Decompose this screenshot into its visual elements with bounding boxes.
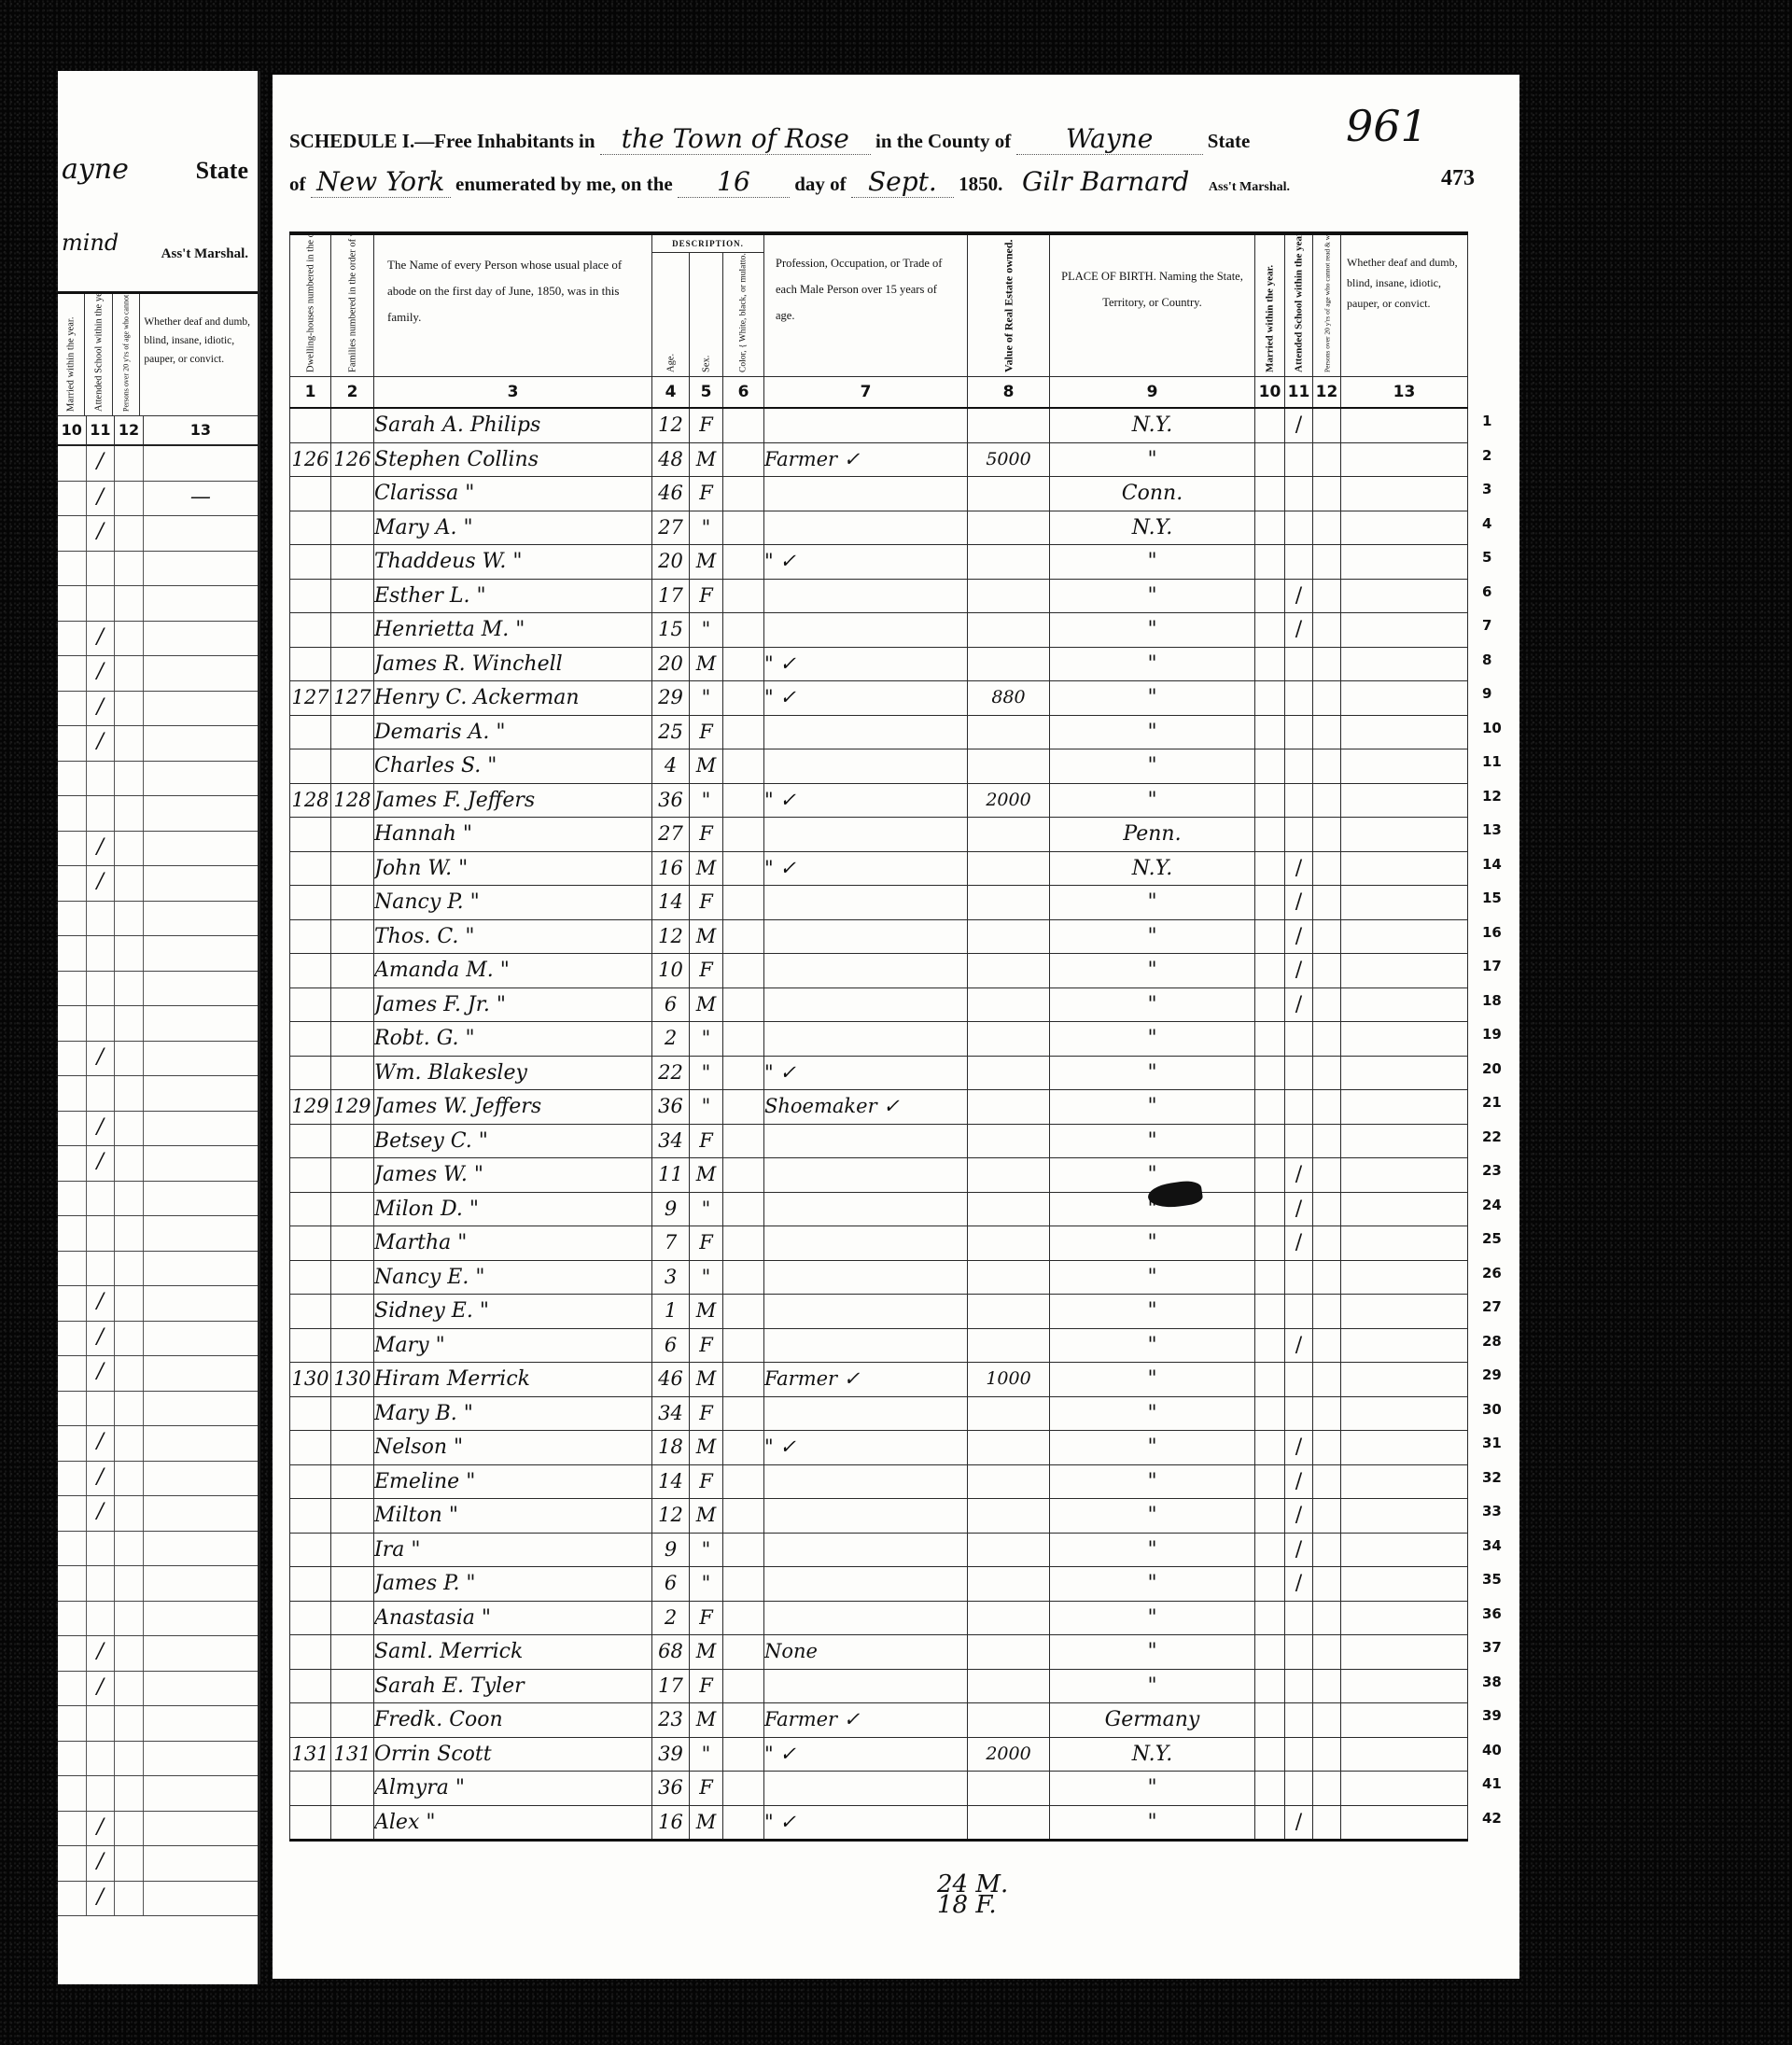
- birthplace: ": [1050, 1669, 1255, 1703]
- person-name: Saml. Merrick: [374, 1635, 652, 1670]
- person-name: Mary B. ": [374, 1396, 652, 1431]
- birthplace: ": [1050, 1295, 1255, 1329]
- person-name: Nelson ": [374, 1431, 652, 1465]
- school-mark: /: [1285, 1499, 1313, 1534]
- sex: F: [690, 1464, 723, 1499]
- left-cell: /: [87, 1496, 116, 1531]
- birthplace: ": [1050, 1022, 1255, 1057]
- dwelling-number: [290, 987, 331, 1022]
- school-mark: /: [1285, 1431, 1313, 1465]
- table-row: Nancy E. "3"": [290, 1260, 1468, 1295]
- left-cell: /: [87, 692, 116, 726]
- birthplace: ": [1050, 1567, 1255, 1602]
- dwelling-number: [290, 647, 331, 681]
- left-cell: /: [87, 1462, 116, 1496]
- occupation: [764, 1192, 968, 1226]
- person-name: Robt. G. ": [374, 1022, 652, 1057]
- sex: F: [690, 886, 723, 920]
- age: 25: [652, 715, 690, 749]
- dwelling-number: [290, 749, 331, 784]
- person-name: Charles S. ": [374, 749, 652, 784]
- left-cell: [115, 516, 144, 551]
- occupation: Farmer ✓: [764, 1363, 968, 1397]
- occupation: [764, 1396, 968, 1431]
- sex: M: [690, 1805, 723, 1841]
- line-number: 36: [1482, 1605, 1502, 1622]
- dwelling-number: [290, 613, 331, 648]
- left-cell: [58, 726, 87, 761]
- line-number: 13: [1482, 821, 1502, 838]
- married-mark: [1255, 886, 1285, 920]
- schedule-title-line: SCHEDULE I.—Free Inhabitants in the Town…: [289, 123, 1250, 155]
- person-name: Mary A. ": [374, 511, 652, 545]
- birthplace: Germany: [1050, 1703, 1255, 1738]
- occupation: " ✓: [764, 1056, 968, 1090]
- sex: F: [690, 715, 723, 749]
- left-table-row: [58, 586, 258, 622]
- real-estate-value: [968, 477, 1050, 511]
- line-number: 9: [1482, 685, 1491, 702]
- age: 1: [652, 1295, 690, 1329]
- left-cell: [87, 1006, 116, 1041]
- sex: ": [690, 511, 723, 545]
- married-mark: [1255, 919, 1285, 954]
- enumerated-label: enumerated by me, on the: [455, 173, 673, 195]
- condition: [1341, 1772, 1468, 1806]
- condition: [1341, 987, 1468, 1022]
- left-cell: [87, 586, 116, 621]
- school-mark: /: [1285, 579, 1313, 613]
- age: 6: [652, 987, 690, 1022]
- condition: [1341, 919, 1468, 954]
- left-table-row: [58, 902, 258, 937]
- table-row: John W. "16M" ✓N.Y./: [290, 851, 1468, 886]
- illiterate-mark: [1313, 1022, 1341, 1057]
- illiterate-mark: [1313, 579, 1341, 613]
- person-name: Orrin Scott: [374, 1737, 652, 1772]
- left-cell: [87, 1566, 116, 1601]
- person-name: Emeline ": [374, 1464, 652, 1499]
- sex: M: [690, 987, 723, 1022]
- left-state-label: State: [196, 157, 248, 185]
- condition: [1341, 1192, 1468, 1226]
- school-mark: /: [1285, 1226, 1313, 1261]
- color: [723, 954, 764, 988]
- age: 36: [652, 783, 690, 818]
- condition: [1341, 1124, 1468, 1158]
- birthplace: Conn.: [1050, 477, 1255, 511]
- line-number: 10: [1482, 720, 1502, 736]
- day-of-label: day of: [794, 173, 846, 195]
- family-number: 128: [331, 783, 374, 818]
- left-cell: [58, 1776, 87, 1811]
- person-name: Anastasia ": [374, 1601, 652, 1635]
- real-estate-value: [968, 511, 1050, 545]
- table-row: Sarah E. Tyler17F": [290, 1669, 1468, 1703]
- age: 12: [652, 1499, 690, 1534]
- school-mark: /: [1285, 1533, 1313, 1567]
- enumeration-line: of New York enumerated by me, on the 16 …: [289, 166, 1290, 198]
- line-number: 39: [1482, 1707, 1502, 1724]
- school-mark: [1285, 511, 1313, 545]
- left-cell: [115, 1462, 144, 1496]
- left-cell: [115, 482, 144, 516]
- school-mark: /: [1285, 987, 1313, 1022]
- left-cell: [58, 656, 87, 691]
- school-mark: [1285, 1260, 1313, 1295]
- married-mark: [1255, 442, 1285, 477]
- age: 16: [652, 851, 690, 886]
- left-cell: [58, 1742, 87, 1776]
- real-estate-value: [968, 818, 1050, 852]
- real-estate-value: [968, 1056, 1050, 1090]
- table-row: Milton "12M"/: [290, 1499, 1468, 1534]
- occupation: [764, 954, 968, 988]
- left-table-row: /: [58, 656, 258, 692]
- illiterate-mark: [1313, 1464, 1341, 1499]
- dwelling-number: 128: [290, 783, 331, 818]
- real-estate-value: [968, 1090, 1050, 1125]
- real-estate-value: 2000: [968, 1737, 1050, 1772]
- birthplace: N.Y.: [1050, 511, 1255, 545]
- left-cell: [58, 1146, 87, 1181]
- left-cell: /: [87, 1846, 116, 1881]
- family-number: [331, 1601, 374, 1635]
- table-row: 131131Orrin Scott39"" ✓2000N.Y.: [290, 1737, 1468, 1772]
- birthplace: ": [1050, 1635, 1255, 1670]
- age: 46: [652, 1363, 690, 1397]
- left-cell: [115, 832, 144, 866]
- illiterate-mark: [1313, 1226, 1341, 1261]
- person-name: Alex ": [374, 1805, 652, 1841]
- left-cell: [115, 1182, 144, 1216]
- left-cell: [115, 1776, 144, 1811]
- line-number: 17: [1482, 958, 1502, 974]
- illiterate-mark: [1313, 1158, 1341, 1193]
- age: 23: [652, 1703, 690, 1738]
- married-mark: [1255, 511, 1285, 545]
- left-cell: [115, 866, 144, 901]
- left-cell: [144, 1812, 258, 1846]
- color: [723, 1056, 764, 1090]
- left-cell: [144, 1462, 258, 1496]
- dwelling-number: [290, 1567, 331, 1602]
- line-number: 32: [1482, 1469, 1502, 1486]
- left-table-row: /: [58, 1322, 258, 1357]
- occupation: [764, 1022, 968, 1057]
- line-number: 35: [1482, 1571, 1502, 1588]
- age: 15: [652, 613, 690, 648]
- age: 9: [652, 1192, 690, 1226]
- col-dwelling-header: Dwelling-houses numbered in the order of…: [290, 233, 331, 377]
- school-mark: /: [1285, 1328, 1313, 1363]
- color: [723, 1533, 764, 1567]
- sex: M: [690, 749, 723, 784]
- left-cell: /: [87, 1636, 116, 1671]
- occupation: [764, 1499, 968, 1534]
- table-row: Alex "16M" ✓"/: [290, 1805, 1468, 1841]
- left-cell: [58, 1532, 87, 1566]
- school-mark: /: [1285, 408, 1313, 442]
- dwelling-number: [290, 1124, 331, 1158]
- color: [723, 579, 764, 613]
- condition: [1341, 1226, 1468, 1261]
- school-mark: [1285, 1669, 1313, 1703]
- color: [723, 1396, 764, 1431]
- occupation: " ✓: [764, 647, 968, 681]
- color: [723, 1260, 764, 1295]
- birthplace: ": [1050, 749, 1255, 784]
- marshal-label: Ass't Marshal.: [1209, 180, 1290, 194]
- school-mark: [1285, 442, 1313, 477]
- left-cell: [58, 1426, 87, 1461]
- school-mark: [1285, 477, 1313, 511]
- left-cell: [87, 972, 116, 1006]
- left-cell: [115, 1426, 144, 1461]
- left-cell: [58, 1812, 87, 1846]
- condition: [1341, 783, 1468, 818]
- real-estate-value: [968, 1601, 1050, 1635]
- sex: F: [690, 954, 723, 988]
- birthplace: ": [1050, 1124, 1255, 1158]
- occupation: [764, 511, 968, 545]
- left-cell: /: [87, 516, 116, 551]
- table-row: Milon D. "9""/: [290, 1192, 1468, 1226]
- left-cell: /: [87, 1112, 116, 1146]
- real-estate-value: 1000: [968, 1363, 1050, 1397]
- color: [723, 1601, 764, 1635]
- birthplace: ": [1050, 579, 1255, 613]
- occupation: [764, 1533, 968, 1567]
- left-table-row: [58, 1566, 258, 1602]
- line-number: 29: [1482, 1366, 1502, 1383]
- line-number: 1: [1482, 413, 1491, 429]
- line-number: 11: [1482, 753, 1502, 770]
- line-number: 42: [1482, 1810, 1502, 1827]
- sex: F: [690, 1124, 723, 1158]
- color: [723, 1431, 764, 1465]
- left-cell: [58, 1112, 87, 1146]
- state-field: New York: [311, 166, 451, 198]
- left-cell: [58, 1496, 87, 1531]
- left-cell: [58, 902, 87, 936]
- married-mark: [1255, 1737, 1285, 1772]
- left-cell: [87, 1602, 116, 1636]
- married-mark: [1255, 1635, 1285, 1670]
- family-number: [331, 477, 374, 511]
- family-number: [331, 1635, 374, 1670]
- left-cell: [144, 1286, 258, 1321]
- left-cell: /: [87, 1426, 116, 1461]
- left-cell: [87, 1182, 116, 1216]
- left-cell: [115, 1812, 144, 1846]
- real-estate-value: [968, 1158, 1050, 1193]
- dwelling-number: [290, 715, 331, 749]
- birthplace: ": [1050, 987, 1255, 1022]
- left-cell: [58, 832, 87, 866]
- dwelling-number: [290, 408, 331, 442]
- occupation: None: [764, 1635, 968, 1670]
- illiterate-mark: [1313, 1090, 1341, 1125]
- illiterate-mark: [1313, 613, 1341, 648]
- school-mark: [1285, 1737, 1313, 1772]
- left-cell: /: [87, 1882, 116, 1916]
- col-color-header: Color, { White, black, or mulatto.: [723, 253, 764, 377]
- col-illiterate-header: Persons over 20 y'rs of age who cannot r…: [1313, 233, 1341, 377]
- table-row: Thos. C. "12M"/: [290, 919, 1468, 954]
- color: [723, 1703, 764, 1738]
- real-estate-value: [968, 1669, 1050, 1703]
- real-estate-value: [968, 987, 1050, 1022]
- occupation: [764, 919, 968, 954]
- sex: F: [690, 1772, 723, 1806]
- school-mark: /: [1285, 613, 1313, 648]
- left-cell: [115, 692, 144, 726]
- line-number: 2: [1482, 447, 1491, 464]
- family-number: [331, 1192, 374, 1226]
- color: [723, 647, 764, 681]
- illiterate-mark: [1313, 681, 1341, 716]
- table-row: Esther L. "17F"/: [290, 579, 1468, 613]
- age: 10: [652, 954, 690, 988]
- occupation: " ✓: [764, 851, 968, 886]
- line-number: 28: [1482, 1333, 1502, 1350]
- dwelling-number: [290, 1158, 331, 1193]
- left-cell: [144, 1636, 258, 1671]
- real-estate-value: [968, 1805, 1050, 1841]
- line-number: 40: [1482, 1742, 1502, 1758]
- real-estate-value: [968, 1396, 1050, 1431]
- person-name: Hiram Merrick: [374, 1363, 652, 1397]
- left-cell: [58, 1322, 87, 1356]
- left-cell: [115, 622, 144, 656]
- person-name: Thaddeus W. ": [374, 545, 652, 580]
- table-row: James P. "6""/: [290, 1567, 1468, 1602]
- table-row: Nelson "18M" ✓"/: [290, 1431, 1468, 1465]
- table-row: Martha "7F"/: [290, 1226, 1468, 1261]
- left-cell: [58, 1706, 87, 1741]
- table-row: Emeline "14F"/: [290, 1464, 1468, 1499]
- school-mark: /: [1285, 886, 1313, 920]
- county-label: in the County of: [875, 130, 1011, 152]
- condition: [1341, 1703, 1468, 1738]
- marshal-signature: Gilr Barnard: [1008, 166, 1204, 197]
- married-mark: [1255, 851, 1285, 886]
- person-name: Mary ": [374, 1328, 652, 1363]
- line-number: 18: [1482, 992, 1502, 1009]
- occupation: [764, 579, 968, 613]
- birthplace: ": [1050, 1090, 1255, 1125]
- occupation: [764, 613, 968, 648]
- line-number: 20: [1482, 1060, 1502, 1077]
- left-table-row: [58, 762, 258, 797]
- married-mark: [1255, 954, 1285, 988]
- occupation: " ✓: [764, 1805, 968, 1841]
- table-row: Sidney E. "1M": [290, 1295, 1468, 1329]
- birthplace: ": [1050, 1772, 1255, 1806]
- sex: ": [690, 1192, 723, 1226]
- line-number: 7: [1482, 617, 1491, 634]
- left-cell: [144, 1322, 258, 1356]
- census-rows: Sarah A. Philips12FN.Y./126126Stephen Co…: [290, 408, 1468, 1841]
- condition: [1341, 1090, 1468, 1125]
- left-cell: [144, 936, 258, 971]
- birthplace: ": [1050, 681, 1255, 716]
- real-estate-value: [968, 579, 1050, 613]
- left-table-row: /: [58, 1112, 258, 1147]
- left-cell: [144, 1496, 258, 1531]
- married-mark: [1255, 1226, 1285, 1261]
- dwelling-number: [290, 1022, 331, 1057]
- left-cell: [115, 1042, 144, 1076]
- married-mark: [1255, 647, 1285, 681]
- left-cell: [115, 552, 144, 586]
- illiterate-mark: [1313, 1567, 1341, 1602]
- school-mark: [1285, 1295, 1313, 1329]
- sex: M: [690, 1635, 723, 1670]
- person-name: James P. ": [374, 1567, 652, 1602]
- birthplace: ": [1050, 1601, 1255, 1635]
- color: [723, 1635, 764, 1670]
- color: [723, 1328, 764, 1363]
- real-estate-value: [968, 1464, 1050, 1499]
- condition: [1341, 851, 1468, 886]
- real-estate-value: [968, 1703, 1050, 1738]
- left-cell: [144, 1532, 258, 1566]
- color: [723, 1805, 764, 1841]
- family-number: [331, 851, 374, 886]
- left-cell: [115, 726, 144, 761]
- married-mark: [1255, 579, 1285, 613]
- left-cell: [58, 482, 87, 516]
- color: [723, 613, 764, 648]
- illiterate-mark: [1313, 783, 1341, 818]
- left-table-row: [58, 1532, 258, 1567]
- condition: [1341, 1328, 1468, 1363]
- age: 12: [652, 408, 690, 442]
- left-cell: [115, 1882, 144, 1916]
- dwelling-number: [290, 1635, 331, 1670]
- left-cell: [115, 1112, 144, 1146]
- table-row: Robt. G. "2"": [290, 1022, 1468, 1057]
- column-numbers-row: 123 456 789 101112 13: [290, 377, 1468, 409]
- left-cell: [58, 516, 87, 551]
- age: 14: [652, 1464, 690, 1499]
- family-number: [331, 1295, 374, 1329]
- real-estate-value: [968, 1431, 1050, 1465]
- left-cell: [144, 796, 258, 831]
- person-name: James W. ": [374, 1158, 652, 1193]
- left-cell: [144, 1356, 258, 1391]
- month-field: Sept.: [851, 166, 954, 198]
- school-mark: /: [1285, 919, 1313, 954]
- left-table-row: /: [58, 832, 258, 867]
- married-mark: [1255, 1805, 1285, 1841]
- birthplace: ": [1050, 442, 1255, 477]
- married-mark: [1255, 408, 1285, 442]
- sex: M: [690, 545, 723, 580]
- left-table-row: /: [58, 1812, 258, 1847]
- left-cell: [115, 1216, 144, 1251]
- real-estate-value: [968, 1022, 1050, 1057]
- left-table-row: /: [58, 446, 258, 482]
- real-estate-value: [968, 545, 1050, 580]
- left-cell: [115, 762, 144, 796]
- birthplace: ": [1050, 886, 1255, 920]
- condition: [1341, 818, 1468, 852]
- line-number: 14: [1482, 856, 1502, 873]
- table-row: Mary "6F"/: [290, 1328, 1468, 1363]
